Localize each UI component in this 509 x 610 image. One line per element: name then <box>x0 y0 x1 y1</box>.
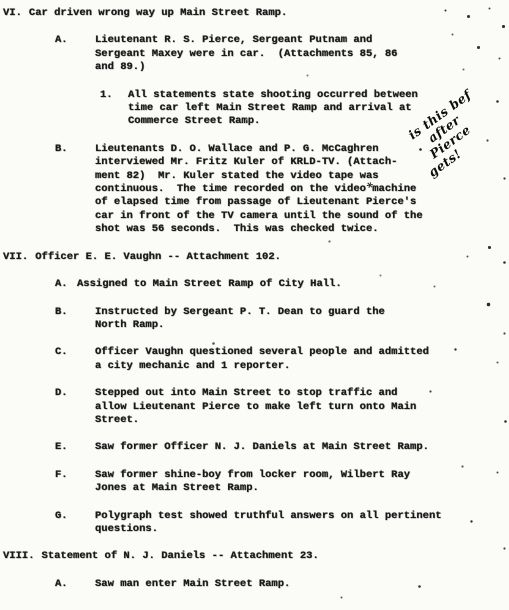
scanned-document-page: VI. Car driven wrong way up Main Street … <box>0 0 509 610</box>
outline-item-vii-b: B. Instructed by Sergeant P. T. Dean to … <box>55 306 509 333</box>
outline-item-viii-a: A. Saw man enter Main Street Ramp. <box>55 578 509 591</box>
item-text: Instructed by Sergeant P. T. Dean to gua… <box>95 306 385 333</box>
section-heading-vii: VII. Officer E. E. Vaughn -- Attachment … <box>3 251 509 264</box>
item-label: F. <box>55 469 95 496</box>
item-label: E. <box>55 441 95 454</box>
section-title: Statement of N. J. Daniels -- Attachment… <box>42 550 319 563</box>
item-label: 1. <box>100 89 128 129</box>
outline-item-vii-e: E. Saw former Officer N. J. Daniels at M… <box>55 441 509 454</box>
item-label: B. <box>55 143 95 237</box>
outline-item-vii-d: D. Stepped out into Main Street to stop … <box>55 387 509 427</box>
section-number: VI. <box>3 7 22 20</box>
item-text: Stepped out into Main Street to stop tra… <box>95 387 416 427</box>
item-text: Saw former Officer N. J. Daniels at Main… <box>95 441 429 454</box>
item-label: A. <box>55 34 95 74</box>
item-text: Assigned to Main Street Ramp of City Hal… <box>77 278 342 291</box>
item-label: C. <box>55 346 95 373</box>
outline-item-vii-f: F. Saw former shine-boy from locker room… <box>55 469 509 496</box>
section-title: Car driven wrong way up Main Street Ramp… <box>29 7 287 20</box>
item-label: A. <box>55 278 77 291</box>
outline-item-vii-a: A. Assigned to Main Street Ramp of City … <box>55 278 509 291</box>
section-heading-vi: VI. Car driven wrong way up Main Street … <box>3 7 509 20</box>
item-text: Officer Vaughn questioned several people… <box>95 346 429 373</box>
section-number: VIII. <box>3 550 35 563</box>
item-text: All statements state shooting occurred b… <box>128 89 418 129</box>
item-text: Lieutenant R. S. Pierce, Sergeant Putnam… <box>95 34 397 74</box>
outline-item-vii-c: C. Officer Vaughn questioned several peo… <box>55 346 509 373</box>
item-label: B. <box>55 306 95 333</box>
outline-item-vi-a: A. Lieutenant R. S. Pierce, Sergeant Put… <box>55 34 509 74</box>
item-text: Saw man enter Main Street Ramp. <box>95 578 290 591</box>
item-label: A. <box>55 578 95 591</box>
outline-item-vii-g: G. Polygraph test showed truthful answer… <box>55 510 509 537</box>
section-number: VII. <box>3 251 28 264</box>
item-label: G. <box>55 510 95 537</box>
item-text: Saw former shine-boy from locker room, W… <box>95 469 410 496</box>
section-heading-viii: VIII. Statement of N. J. Daniels -- Atta… <box>3 550 509 563</box>
item-label: D. <box>55 387 95 427</box>
item-text: Polygraph test showed truthful answers o… <box>95 510 442 537</box>
section-title: Officer E. E. Vaughn -- Attachment 102. <box>35 251 281 264</box>
scan-noise-speckles <box>0 0 1 1</box>
item-text: Lieutenants D. O. Wallace and P. G. McCa… <box>95 143 423 237</box>
